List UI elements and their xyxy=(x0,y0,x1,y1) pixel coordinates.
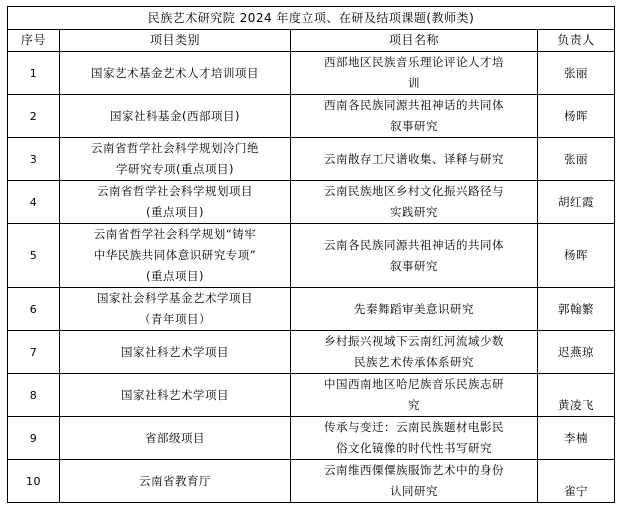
project-lead: 杨晖 xyxy=(538,224,615,288)
table-row: 4 云南省哲学社会科学规划项目 (重点项目) 云南民族地区乡村文化振兴路径与 实… xyxy=(8,181,615,224)
category-line: 中华民族共同体意识研究专项” xyxy=(62,245,288,266)
table-row: 7 国家社科艺术学项目 乡村振兴视域下云南红河流域少数 民族艺术传承体系研究 迟… xyxy=(8,331,615,374)
project-category: 云南省哲学社会科学规划项目 (重点项目) xyxy=(60,181,291,224)
project-lead: 张丽 xyxy=(538,138,615,181)
project-name: 云南各民族同源共祖神话的共同体 叙事研究 xyxy=(291,224,538,288)
category-line: (重点项目) xyxy=(62,266,288,287)
project-lead: 郭翰繁 xyxy=(538,288,615,331)
name-line: 云南散存工尺谱收集、译释与研究 xyxy=(293,149,535,170)
project-category: 国家艺术基金艺术人才培训项目 xyxy=(60,52,291,95)
category-line: 国家社科艺术学项目 xyxy=(62,342,288,363)
category-line: (重点项目) xyxy=(62,202,288,223)
projects-table: 民族艺术研究院 2024 年度立项、在研及结项课题(教师类) 序号 项目类别 项… xyxy=(7,6,615,503)
name-line: 传承与变迁：云南民族题材电影民 xyxy=(293,417,535,438)
name-line: 俗文化镜像的时代性书写研究 xyxy=(293,438,535,459)
project-category: 国家社科艺术学项目 xyxy=(60,331,291,374)
name-line: 叙事研究 xyxy=(293,116,535,137)
table-row: 5 云南省哲学社会科学规划“铸牢 中华民族共同体意识研究专项” (重点项目) 云… xyxy=(8,224,615,288)
table-row: 10 云南省教育厅 云南维西傈僳族服饰艺术中的身份 认同研究 雀宁 xyxy=(8,460,615,503)
category-line: 国家社会科学基金艺术学项目 xyxy=(62,288,288,309)
project-name: 西部地区民族音乐理论评论人才培 训 xyxy=(291,52,538,95)
column-header-number: 序号 xyxy=(8,30,60,52)
name-line: 中国西南地区哈尼族音乐民族志研 xyxy=(293,374,535,395)
name-line: 认同研究 xyxy=(293,481,535,502)
project-category: 国家社科基金(西部项目) xyxy=(60,95,291,138)
project-lead: 李楠 xyxy=(538,417,615,460)
name-line: 乡村振兴视域下云南红河流域少数 xyxy=(293,331,535,352)
project-name: 云南民族地区乡村文化振兴路径与 实践研究 xyxy=(291,181,538,224)
project-category: 云南省哲学社会科学规划“铸牢 中华民族共同体意识研究专项” (重点项目) xyxy=(60,224,291,288)
name-line: 民族艺术传承体系研究 xyxy=(293,352,535,373)
category-line: 学研究专项(重点项目) xyxy=(62,159,288,180)
project-lead: 雀宁 xyxy=(538,460,615,503)
name-line: 先秦舞蹈审美意识研究 xyxy=(293,299,535,320)
category-line: 云南省哲学社会科学规划“铸牢 xyxy=(62,224,288,245)
name-line: 西部地区民族音乐理论评论人才培 xyxy=(293,52,535,73)
name-line: 西南各民族同源共祖神话的共同体 xyxy=(293,95,535,116)
table-header-row: 序号 项目类别 项目名称 负责人 xyxy=(8,30,615,52)
project-name: 传承与变迁：云南民族题材电影民 俗文化镜像的时代性书写研究 xyxy=(291,417,538,460)
table-row: 9 省部级项目 传承与变迁：云南民族题材电影民 俗文化镜像的时代性书写研究 李楠 xyxy=(8,417,615,460)
name-line: 云南民族地区乡村文化振兴路径与 xyxy=(293,181,535,202)
row-number: 7 xyxy=(8,331,60,374)
row-number: 4 xyxy=(8,181,60,224)
category-line: 国家社科基金(西部项目) xyxy=(62,106,288,127)
project-category: 省部级项目 xyxy=(60,417,291,460)
table-row: 3 云南省哲学社会科学规划冷门绝 学研究专项(重点项目) 云南散存工尺谱收集、译… xyxy=(8,138,615,181)
table-row: 6 国家社会科学基金艺术学项目 （青年项目） 先秦舞蹈审美意识研究 郭翰繁 xyxy=(8,288,615,331)
table-title: 民族艺术研究院 2024 年度立项、在研及结项课题(教师类) xyxy=(8,7,615,30)
category-line: 云南省哲学社会科学规划项目 xyxy=(62,181,288,202)
name-line: 实践研究 xyxy=(293,202,535,223)
project-category: 国家社科艺术学项目 xyxy=(60,374,291,417)
project-category: 国家社会科学基金艺术学项目 （青年项目） xyxy=(60,288,291,331)
row-number: 3 xyxy=(8,138,60,181)
project-name: 中国西南地区哈尼族音乐民族志研 究 xyxy=(291,374,538,417)
project-category: 云南省哲学社会科学规划冷门绝 学研究专项(重点项目) xyxy=(60,138,291,181)
row-number: 1 xyxy=(8,52,60,95)
project-lead: 迟燕琼 xyxy=(538,331,615,374)
category-line: 国家社科艺术学项目 xyxy=(62,385,288,406)
name-line: 云南维西傈僳族服饰艺术中的身份 xyxy=(293,460,535,481)
category-line: 云南省教育厅 xyxy=(62,471,288,492)
table-row: 8 国家社科艺术学项目 中国西南地区哈尼族音乐民族志研 究 黄凌飞 xyxy=(8,374,615,417)
name-line: 训 xyxy=(293,73,535,94)
category-line: 云南省哲学社会科学规划冷门绝 xyxy=(62,138,288,159)
row-number: 9 xyxy=(8,417,60,460)
category-line: （青年项目） xyxy=(62,309,288,330)
category-line: 国家艺术基金艺术人才培训项目 xyxy=(62,63,288,84)
row-number: 6 xyxy=(8,288,60,331)
project-name: 云南散存工尺谱收集、译释与研究 xyxy=(291,138,538,181)
row-number: 8 xyxy=(8,374,60,417)
project-lead: 黄凌飞 xyxy=(538,374,615,417)
row-number: 2 xyxy=(8,95,60,138)
column-header-category: 项目类别 xyxy=(60,30,291,52)
project-name: 云南维西傈僳族服饰艺术中的身份 认同研究 xyxy=(291,460,538,503)
project-lead: 张丽 xyxy=(538,52,615,95)
name-line: 叙事研究 xyxy=(293,256,535,277)
table-title-row: 民族艺术研究院 2024 年度立项、在研及结项课题(教师类) xyxy=(8,7,615,30)
category-line: 省部级项目 xyxy=(62,428,288,449)
row-number: 5 xyxy=(8,224,60,288)
table-row: 2 国家社科基金(西部项目) 西南各民族同源共祖神话的共同体 叙事研究 杨晖 xyxy=(8,95,615,138)
project-lead: 杨晖 xyxy=(538,95,615,138)
project-name: 先秦舞蹈审美意识研究 xyxy=(291,288,538,331)
table-row: 1 国家艺术基金艺术人才培训项目 西部地区民族音乐理论评论人才培 训 张丽 xyxy=(8,52,615,95)
project-name: 乡村振兴视域下云南红河流域少数 民族艺术传承体系研究 xyxy=(291,331,538,374)
project-lead: 胡红霞 xyxy=(538,181,615,224)
column-header-person: 负责人 xyxy=(538,30,615,52)
name-line: 云南各民族同源共祖神话的共同体 xyxy=(293,235,535,256)
project-category: 云南省教育厅 xyxy=(60,460,291,503)
column-header-name: 项目名称 xyxy=(291,30,538,52)
project-name: 西南各民族同源共祖神话的共同体 叙事研究 xyxy=(291,95,538,138)
row-number: 10 xyxy=(8,460,60,503)
name-line: 究 xyxy=(293,395,535,416)
